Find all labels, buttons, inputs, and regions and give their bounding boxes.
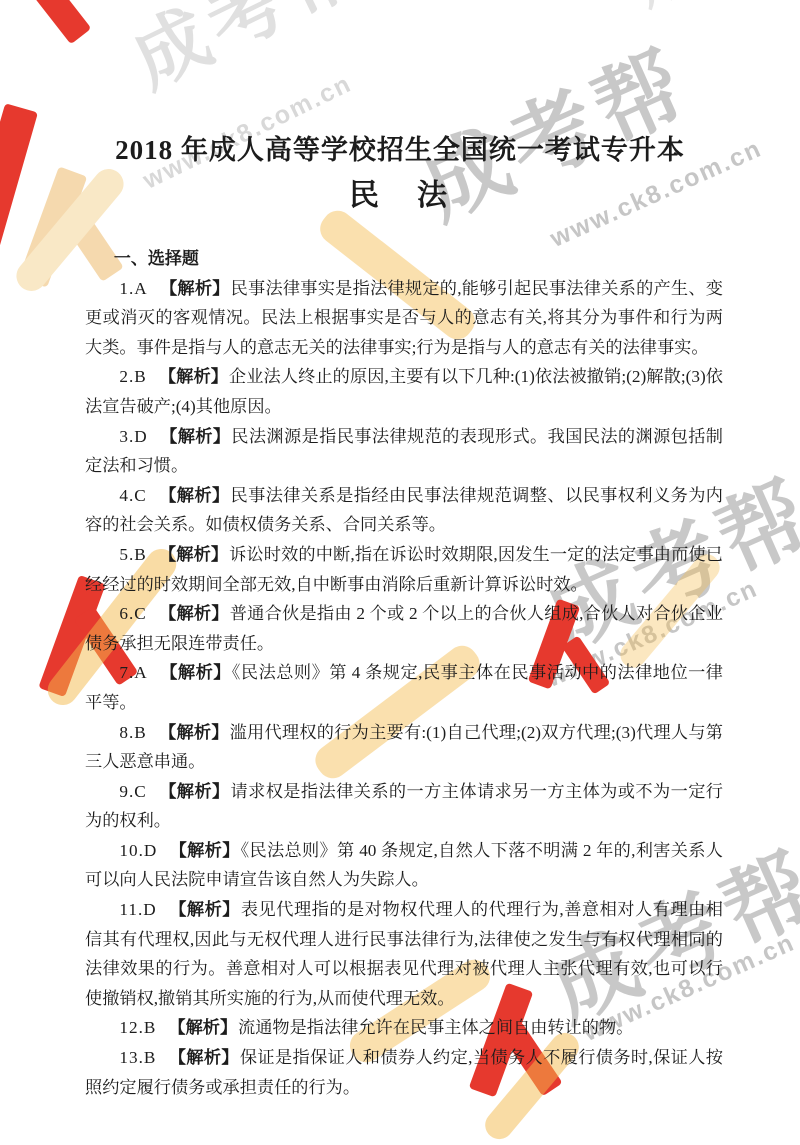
analysis-tag: 【解析】 — [159, 367, 228, 386]
analysis-tag: 【解析】 — [159, 545, 228, 564]
analysis-tag: 【解析】 — [159, 486, 230, 505]
analysis-tag: 【解析】 — [168, 1018, 237, 1037]
analysis-tag: 【解析】 — [160, 279, 230, 298]
document-content: 2018 年成人高等学校招生全国统一考试专升本 民 法 一、选择题 1.A【解析… — [0, 0, 800, 1145]
analysis-tag: 【解析】 — [160, 427, 231, 446]
answer-label: 11.D — [119, 900, 156, 919]
analysis-tag: 【解析】 — [160, 663, 231, 682]
answer-item-5: 5.B【解析】诉讼时效的中断,指在诉讼时效期限,因发生一定的法定事由而使已经经过… — [85, 540, 723, 599]
answers-body: 一、选择题 1.A【解析】民事法律事实是指法律规定的,能够引起民事法律关系的产生… — [85, 244, 723, 1102]
page-title: 2018 年成人高等学校招生全国统一考试专升本 — [0, 128, 800, 167]
answer-label: 13.B — [119, 1048, 156, 1067]
answer-item-2: 2.B【解析】企业法人终止的原因,主要有以下几种:(1)依法被撤销;(2)解散;… — [85, 362, 723, 421]
answer-item-8: 8.B【解析】滥用代理权的行为主要有:(1)自己代理;(2)双方代理;(3)代理… — [85, 718, 723, 777]
answer-item-13: 13.B【解析】保证是指保证人和债券人约定,当债务人不履行债务时,保证人按照约定… — [85, 1043, 723, 1102]
answer-item-1: 1.A【解析】民事法律事实是指法律规定的,能够引起民事法律关系的产生、变更或消灭… — [85, 274, 723, 363]
answer-item-9: 9.C【解析】请求权是指法律关系的一方主体请求另一方主体为或不为一定行为的权利。 — [85, 777, 723, 836]
answer-item-7: 7.A【解析】《民法总则》第 4 条规定,民事主体在民事活动中的法律地位一律平等… — [85, 658, 723, 717]
analysis-tag: 【解析】 — [159, 782, 230, 801]
answer-label: 10.D — [119, 841, 157, 860]
page-subtitle: 民 法 — [0, 170, 800, 214]
answer-item-3: 3.D【解析】民法渊源是指民事法律规范的表现形式。我国民法的渊源包括制定法和习惯… — [85, 422, 723, 481]
answer-item-10: 10.D【解析】《民法总则》第 40 条规定,自然人下落不明满 2 年的,利害关… — [85, 836, 723, 895]
answer-label: 2.B — [119, 367, 146, 386]
analysis-tag: 【解析】 — [168, 1048, 239, 1067]
answer-label: 4.C — [119, 486, 146, 505]
answer-label: 12.B — [119, 1018, 156, 1037]
answer-label: 1.A — [119, 279, 147, 298]
exam-answer-page: 成考帮 www.ck8.com.cn 成考帮 www.ck8.com.cn 成考… — [0, 0, 800, 1145]
analysis-tag: 【解析】 — [159, 723, 229, 742]
answer-label: 9.C — [119, 782, 146, 801]
analysis-tag: 【解析】 — [169, 900, 240, 919]
answer-text: 流通物是指法律允许在民事主体之间自由转让的物。 — [238, 1018, 633, 1037]
answer-label: 8.B — [119, 723, 146, 742]
answer-item-4: 4.C【解析】民事法律关系是指经由民事法律规范调整、以民事权利义务为内容的社会关… — [85, 481, 723, 540]
answer-item-12: 12.B【解析】流通物是指法律允许在民事主体之间自由转让的物。 — [85, 1013, 723, 1043]
answer-label: 3.D — [119, 427, 147, 446]
answer-item-6: 6.C【解析】普通合伙是指由 2 个或 2 个以上的合伙人组成,合伙人对合伙企业… — [85, 599, 723, 658]
section-heading: 一、选择题 — [85, 244, 723, 274]
analysis-tag: 【解析】 — [159, 604, 229, 623]
analysis-tag: 【解析】 — [169, 841, 239, 860]
answer-label: 7.A — [119, 663, 147, 682]
answer-item-11: 11.D【解析】表见代理指的是对物权代理人的代理行为,善意相对人有理由相信其有代… — [85, 895, 723, 1013]
answer-label: 5.B — [119, 545, 146, 564]
answer-label: 6.C — [119, 604, 146, 623]
